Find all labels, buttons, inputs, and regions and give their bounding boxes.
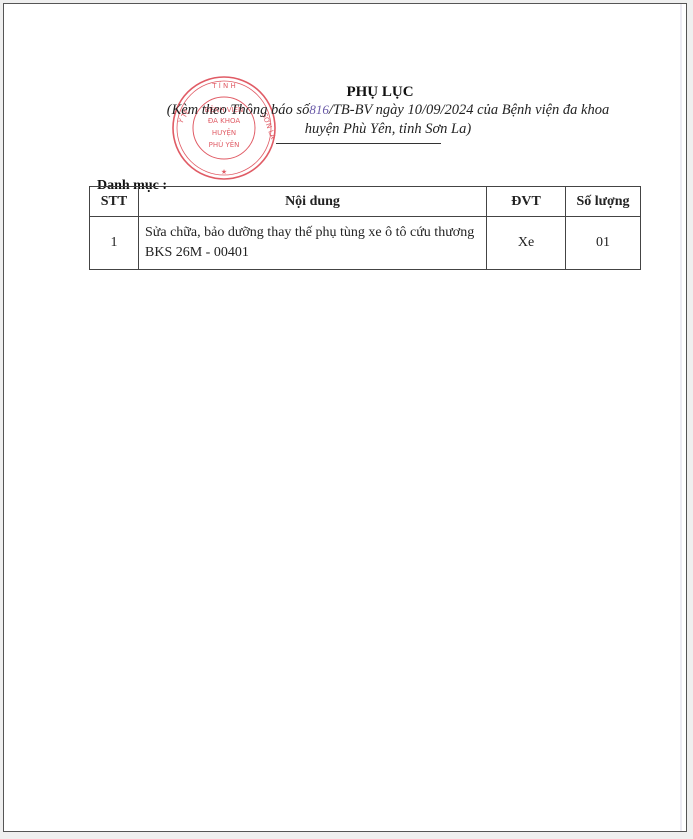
header-quantity: Số lượng — [566, 187, 641, 217]
items-table: STT Nội dung ĐVT Số lượng 1 Sửa chữa, bả… — [89, 186, 641, 270]
document-title: PHỤ LỤC — [4, 84, 686, 101]
cell-stt: 1 — [90, 217, 139, 270]
handwritten-number: 816 — [309, 102, 329, 117]
header-unit: ĐVT — [487, 187, 566, 217]
cell-unit: Xe — [487, 217, 566, 270]
page-edge — [680, 4, 682, 831]
subtitle-part1: (Kèm theo Thông báo số — [167, 102, 310, 118]
header-stt: STT — [90, 187, 139, 217]
header-content: Nội dung — [139, 187, 487, 217]
table-header-row: STT Nội dung ĐVT Số lượng — [90, 187, 641, 217]
table-row: 1 Sửa chữa, bảo dưỡng thay thế phụ tùng … — [90, 217, 641, 270]
svg-text:★: ★ — [221, 168, 227, 176]
cell-quantity: 01 — [566, 217, 641, 270]
title-underline — [276, 143, 441, 144]
svg-text:PHÙ YÊN: PHÙ YÊN — [209, 140, 240, 149]
cell-content: Sửa chữa, bảo dưỡng thay thế phụ tùng xe… — [139, 217, 487, 270]
document-subtitle: (Kèm theo Thông báo số816/TB-BV ngày 10/… — [148, 100, 628, 139]
subtitle-part2: /TB-BV ngày 10/09/2024 của Bệnh viện đa … — [329, 102, 609, 118]
document-page: T Ỉ N H Y TẾ SƠN LA ★ BỆNH VIỆN ĐA KHOA … — [3, 3, 687, 832]
subtitle-line2: huyện Phù Yên, tỉnh Sơn La) — [305, 121, 471, 137]
